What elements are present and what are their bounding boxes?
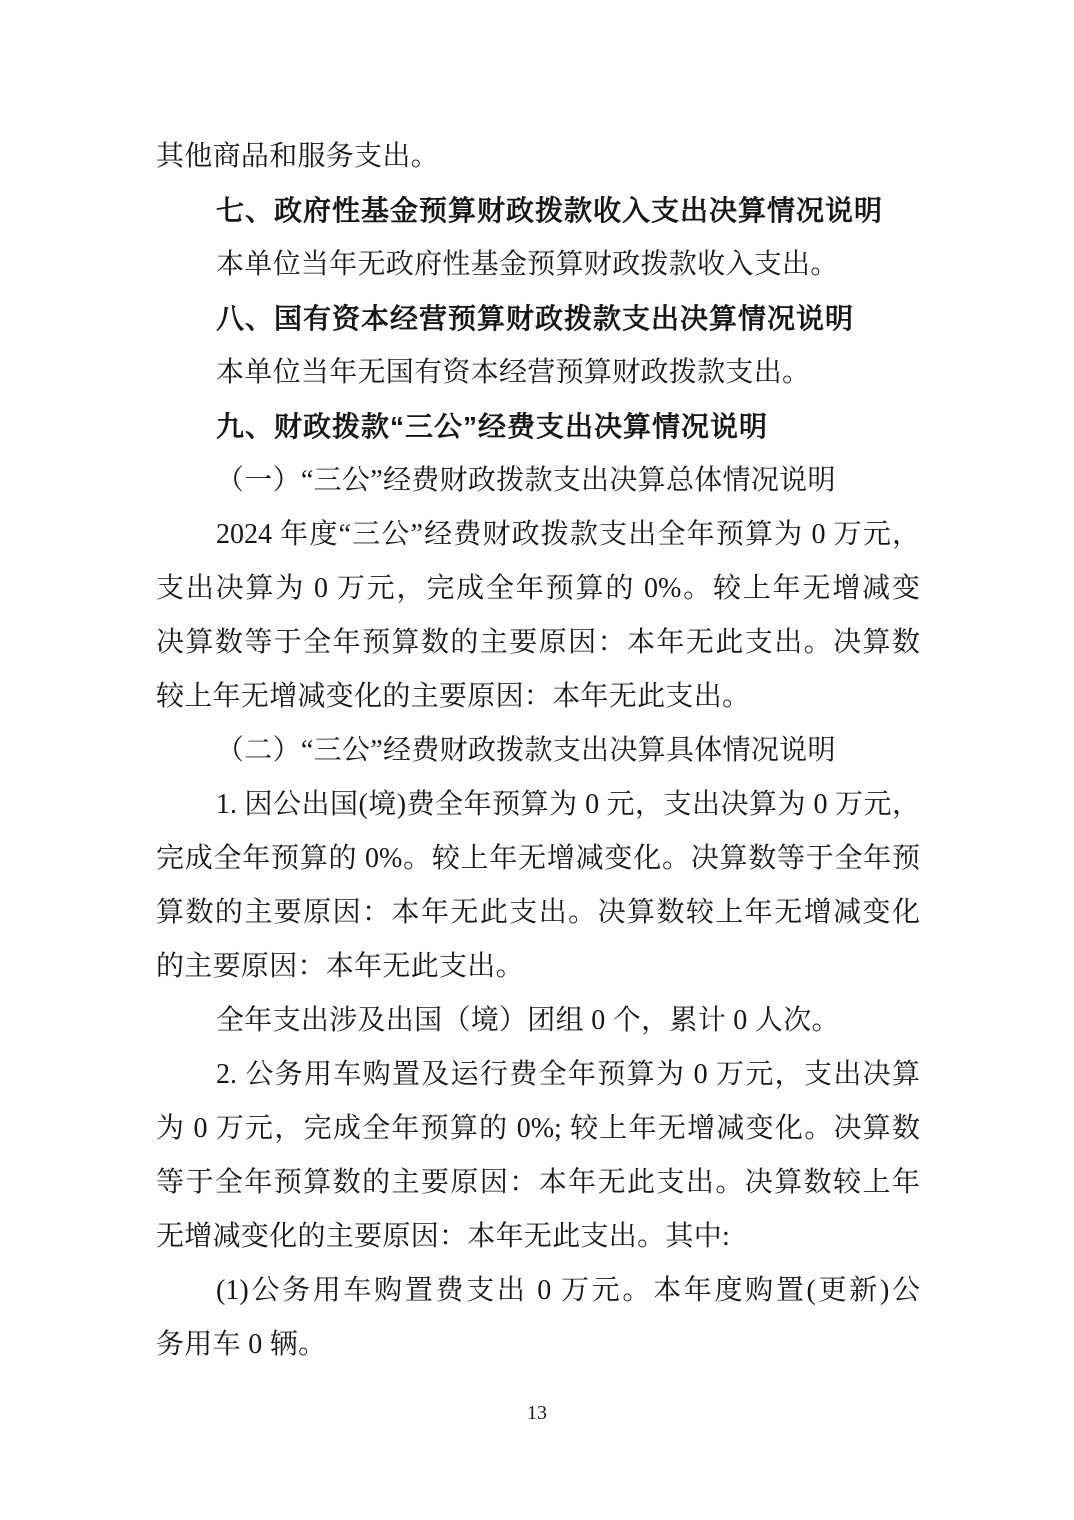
text-line: 1. 因公出国(境)费全年预算为 0 元，支出决算为 0 万元，	[156, 778, 920, 832]
text-line: 算数的主要原因：本年无此支出。决算数较上年无增减变化	[156, 886, 920, 940]
text-line: 支出决算为 0 万元，完成全年预算的 0%。较上年无增减变化。	[156, 562, 920, 616]
document-body: 其他商品和服务支出。 七、政府性基金预算财政拨款收入支出决算情况说明 本单位当年…	[156, 130, 920, 1372]
text-line: 完成全年预算的 0%。较上年无增减变化。决算数等于全年预	[156, 832, 920, 886]
text-line: 2. 公务用车购置及运行费全年预算为 0 万元，支出决算	[156, 1048, 920, 1102]
heading-section-9: 九、财政拨款“三公”经费支出决算情况说明	[156, 400, 920, 454]
document-page: 其他商品和服务支出。 七、政府性基金预算财政拨款收入支出决算情况说明 本单位当年…	[0, 0, 1074, 1520]
text-line: 务用车 0 辆。	[156, 1318, 920, 1372]
text-line: 较上年无增减变化的主要原因：本年无此支出。	[156, 670, 920, 724]
text-line: (1)公务用车购置费支出 0 万元。本年度购置(更新)公	[156, 1264, 920, 1318]
subheading-part-2: （二）“三公”经费财政拨款支出决算具体情况说明	[156, 724, 920, 778]
text-line: 本单位当年无政府性基金预算财政拨款收入支出。	[156, 238, 920, 292]
text-line: 无增减变化的主要原因：本年无此支出。其中:	[156, 1210, 920, 1264]
text-line: 为 0 万元，完成全年预算的 0%; 较上年无增减变化。决算数	[156, 1102, 920, 1156]
subheading-part-1: （一）“三公”经费财政拨款支出决算总体情况说明	[156, 454, 920, 508]
text-line: 2024 年度“三公”经费财政拨款支出全年预算为 0 万元，	[156, 508, 920, 562]
text-line: 其他商品和服务支出。	[156, 130, 920, 184]
text-line: 决算数等于全年预算数的主要原因：本年无此支出。决算数	[156, 616, 920, 670]
text-line: 的主要原因：本年无此支出。	[156, 940, 920, 994]
text-line: 全年支出涉及出国（境）团组 0 个，累计 0 人次。	[156, 994, 920, 1048]
text-line: 等于全年预算数的主要原因：本年无此支出。决算数较上年	[156, 1156, 920, 1210]
heading-section-8: 八、国有资本经营预算财政拨款支出决算情况说明	[156, 292, 920, 346]
page-number: 13	[0, 1398, 1074, 1428]
text-line: 本单位当年无国有资本经营预算财政拨款支出。	[156, 346, 920, 400]
heading-section-7: 七、政府性基金预算财政拨款收入支出决算情况说明	[156, 184, 920, 238]
